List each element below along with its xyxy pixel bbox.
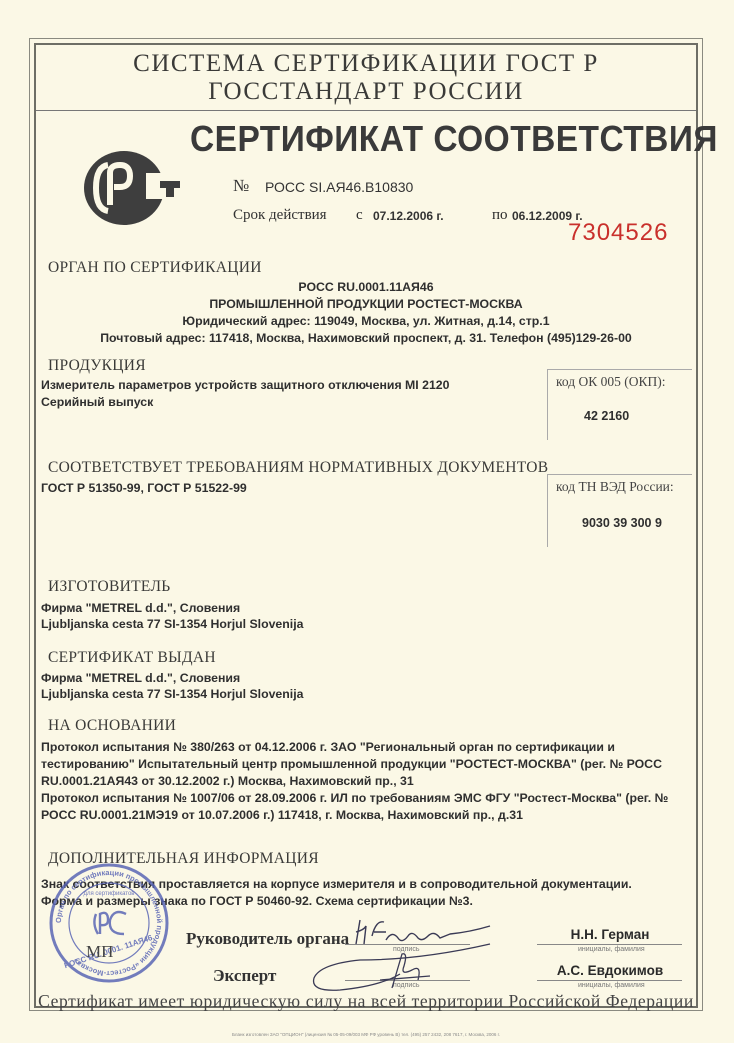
tnved-code-label: код ТН ВЭД России: <box>556 479 674 495</box>
section-heading-basis: НА ОСНОВАНИИ <box>48 717 176 735</box>
basis-line: Протокол испытания № 1007/06 от 28.09.20… <box>41 791 668 805</box>
cert-body-line: РОСС RU.0001.11АЯ46 <box>36 280 696 294</box>
product-line: Серийный выпуск <box>41 395 153 409</box>
validity-to-label: по <box>492 207 508 224</box>
section-heading-issued-to: СЕРТИФИКАТ ВЫДАН <box>48 649 216 667</box>
tnved-code-box: код ТН ВЭД России: 9030 39 300 9 <box>547 474 692 547</box>
section-heading-product: ПРОДУКЦИЯ <box>48 357 146 375</box>
basis-line: РОСС RU.0001.21МЭ19 от 10.07.2006 г.) 11… <box>41 808 523 822</box>
issued-to-line: Ljubljanska cesta 77 SI-1354 Horjul Slov… <box>41 687 303 701</box>
printer-fine-print: Бланк изготовлен ЗАО "ОПЦИОН" (лицензия … <box>36 1032 696 1037</box>
validity-label: Срок действия <box>233 207 327 224</box>
rst-mark-icon <box>82 143 182 233</box>
section-heading-certification-body: ОРГАН ПО СЕРТИФИКАЦИИ <box>48 259 262 277</box>
cert-body-line: Почтовый адрес: 117418, Москва, Нахимовс… <box>36 331 696 345</box>
validity-from-label: с <box>356 207 363 224</box>
expert-label: Эксперт <box>213 966 276 986</box>
legal-statement: Сертификат имеет юридическую силу на все… <box>36 991 696 1012</box>
svg-text:для сертификатов: для сертификатов <box>83 891 134 897</box>
system-title-line1: СИСТЕМА СЕРТИФИКАЦИИ ГОСТ Р <box>36 50 696 78</box>
tnved-code-value: 9030 39 300 9 <box>582 516 662 530</box>
serial-number: 7304526 <box>568 219 668 247</box>
number-label: № <box>233 176 249 196</box>
certificate-number: РОСС SI.АЯ46.В10830 <box>265 179 413 195</box>
expert-name: А.С. Евдокимов <box>550 963 670 978</box>
section-heading-compliance: СООТВЕТСТВУЕТ ТРЕБОВАНИЯМ НОРМАТИВНЫХ ДО… <box>48 459 548 477</box>
head-name-line <box>537 944 682 945</box>
section-heading-manufacturer: ИЗГОТОВИТЕЛЬ <box>48 578 170 596</box>
head-name: Н.Н. Герман <box>550 927 670 942</box>
expert-signature-icon <box>300 940 500 995</box>
basis-line: Протокол испытания № 380/263 от 04.12.20… <box>41 740 615 754</box>
compliance-line: ГОСТ Р 51350-99, ГОСТ Р 51522-99 <box>41 481 247 495</box>
expert-name-hint: инициалы, фамилия <box>578 982 645 989</box>
basis-line: RU.0001.21АЯ43 от 30.12.2002 г.) Москва,… <box>41 774 414 788</box>
cert-body-line: Юридический адрес: 119049, Москва, ул. Ж… <box>36 314 696 328</box>
certificate-title: СЕРТИФИКАТ СООТВЕТСТВИЯ <box>190 118 655 160</box>
manufacturer-line: Ljubljanska cesta 77 SI-1354 Horjul Slov… <box>41 617 303 631</box>
validity-from: 07.12.2006 г. <box>373 209 444 223</box>
expert-name-line <box>537 980 682 981</box>
okp-code-value: 42 2160 <box>584 409 629 423</box>
okp-code-box: код ОК 005 (ОКП): 42 2160 <box>547 369 692 440</box>
official-stamp-icon: Орган по сертификации промышленной проду… <box>48 862 170 984</box>
issued-to-line: Фирма "METREL d.d.", Словения <box>41 671 240 685</box>
header-divider <box>36 110 696 111</box>
basis-line: тестированию" Испытательный центр промыш… <box>41 757 662 771</box>
cert-body-line: ПРОМЫШЛЕННОЙ ПРОДУКЦИИ РОСТЕСТ-МОСКВА <box>36 297 696 311</box>
head-name-hint: инициалы, фамилия <box>578 946 645 953</box>
stamp-place-label: МП <box>86 942 113 962</box>
okp-code-label: код ОК 005 (ОКП): <box>556 374 665 390</box>
system-title-line2: ГОССТАНДАРТ РОССИИ <box>36 78 696 106</box>
product-line: Измеритель параметров устройств защитног… <box>41 378 449 392</box>
manufacturer-line: Фирма "METREL d.d.", Словения <box>41 601 240 615</box>
